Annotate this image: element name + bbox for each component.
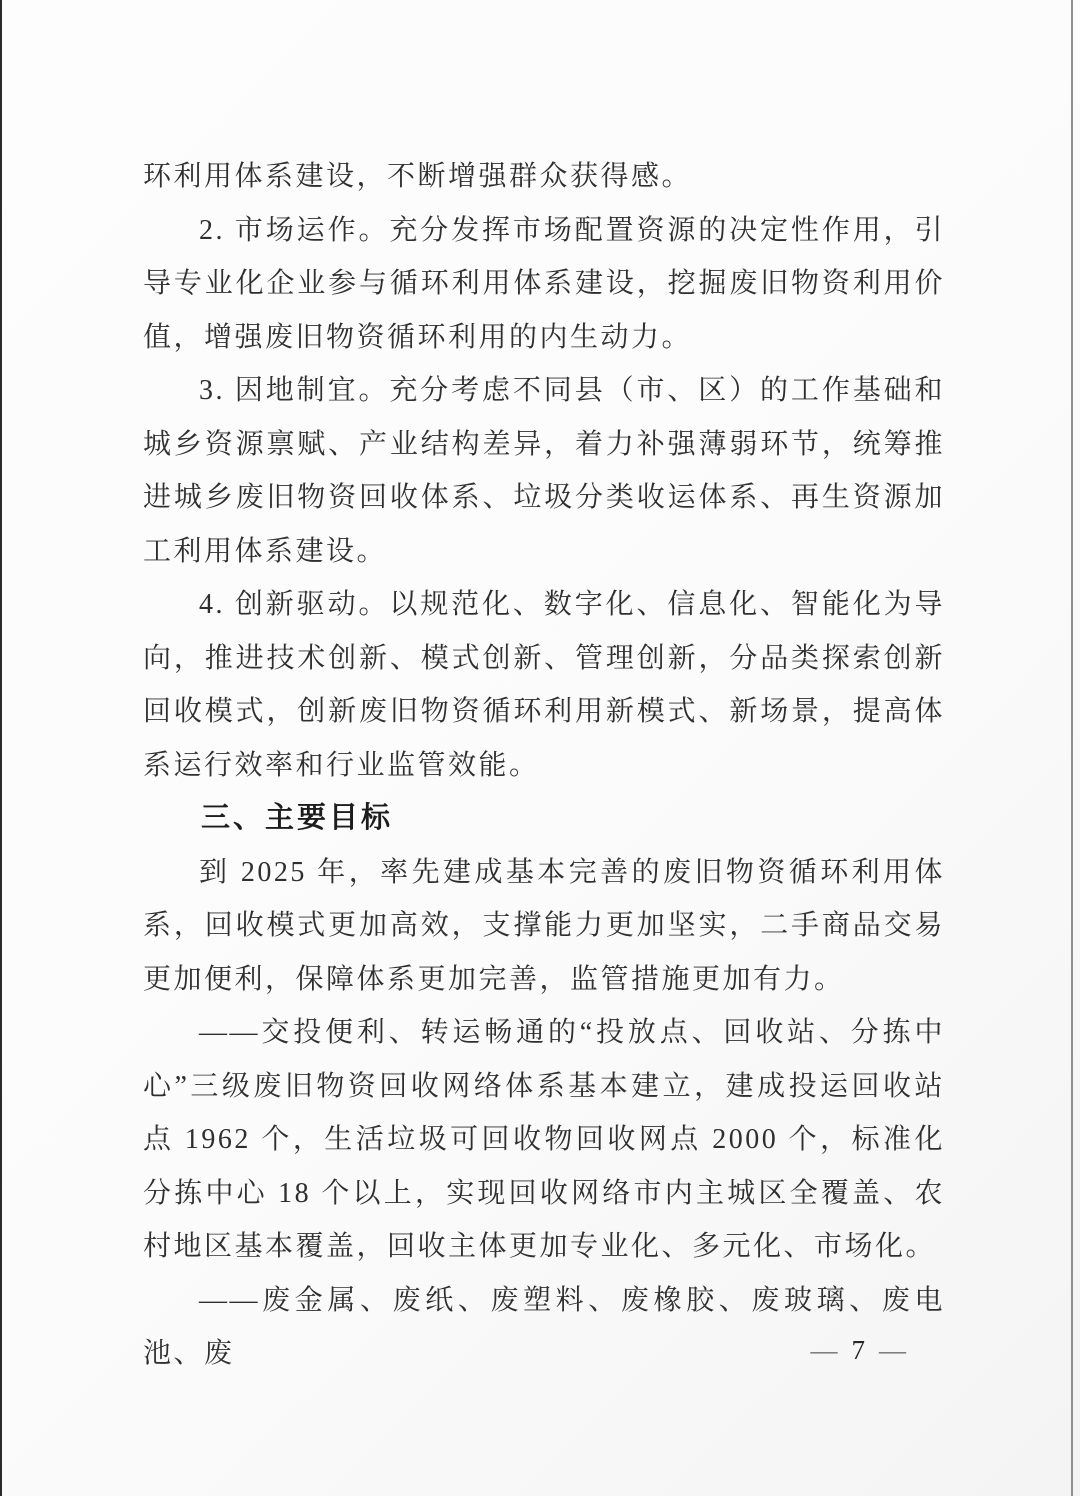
page-number-value: 7 [852,1335,866,1365]
page-number-right-dash: — [865,1335,920,1365]
paragraph-item-3-local-conditions: 3. 因地制宜。充分考虑不同县（市、区）的工作基础和城乡资源禀赋、产业结构差异，… [143,364,945,578]
paragraph-item-4-innovation-driven: 4. 创新驱动。以规范化、数字化、信息化、智能化为导向，推进技术创新、模式创新、… [143,578,945,792]
paragraph-continuation: 环利用体系建设，不断增强群众获得感。 [143,150,945,204]
scan-edge-right [1071,0,1073,1496]
page-number-left-dash: — [797,1335,852,1365]
document-body: 环利用体系建设，不断增强群众获得感。 2. 市场运作。充分发挥市场配置资源的决定… [143,150,945,1381]
page-number: —7— [797,1334,921,1366]
scan-edge-left [0,0,2,1496]
paragraph-dash-recycling-network: ——交投便利、转运畅通的“投放点、回收站、分拣中心”三级废旧物资回收网络体系基本… [143,1006,945,1274]
paragraph-item-2-market-operation: 2. 市场运作。充分发挥市场配置资源的决定性作用，引导专业化企业参与循环利用体系… [143,204,945,365]
scanned-document-page: { "content": { "paragraphs": [ { "text":… [0,0,1080,1496]
section-heading-main-goals: 三、主要目标 [143,792,945,846]
paragraph-2025-goal: 到 2025 年，率先建成基本完善的废旧物资循环利用体系，回收模式更加高效，支撑… [143,846,945,1007]
